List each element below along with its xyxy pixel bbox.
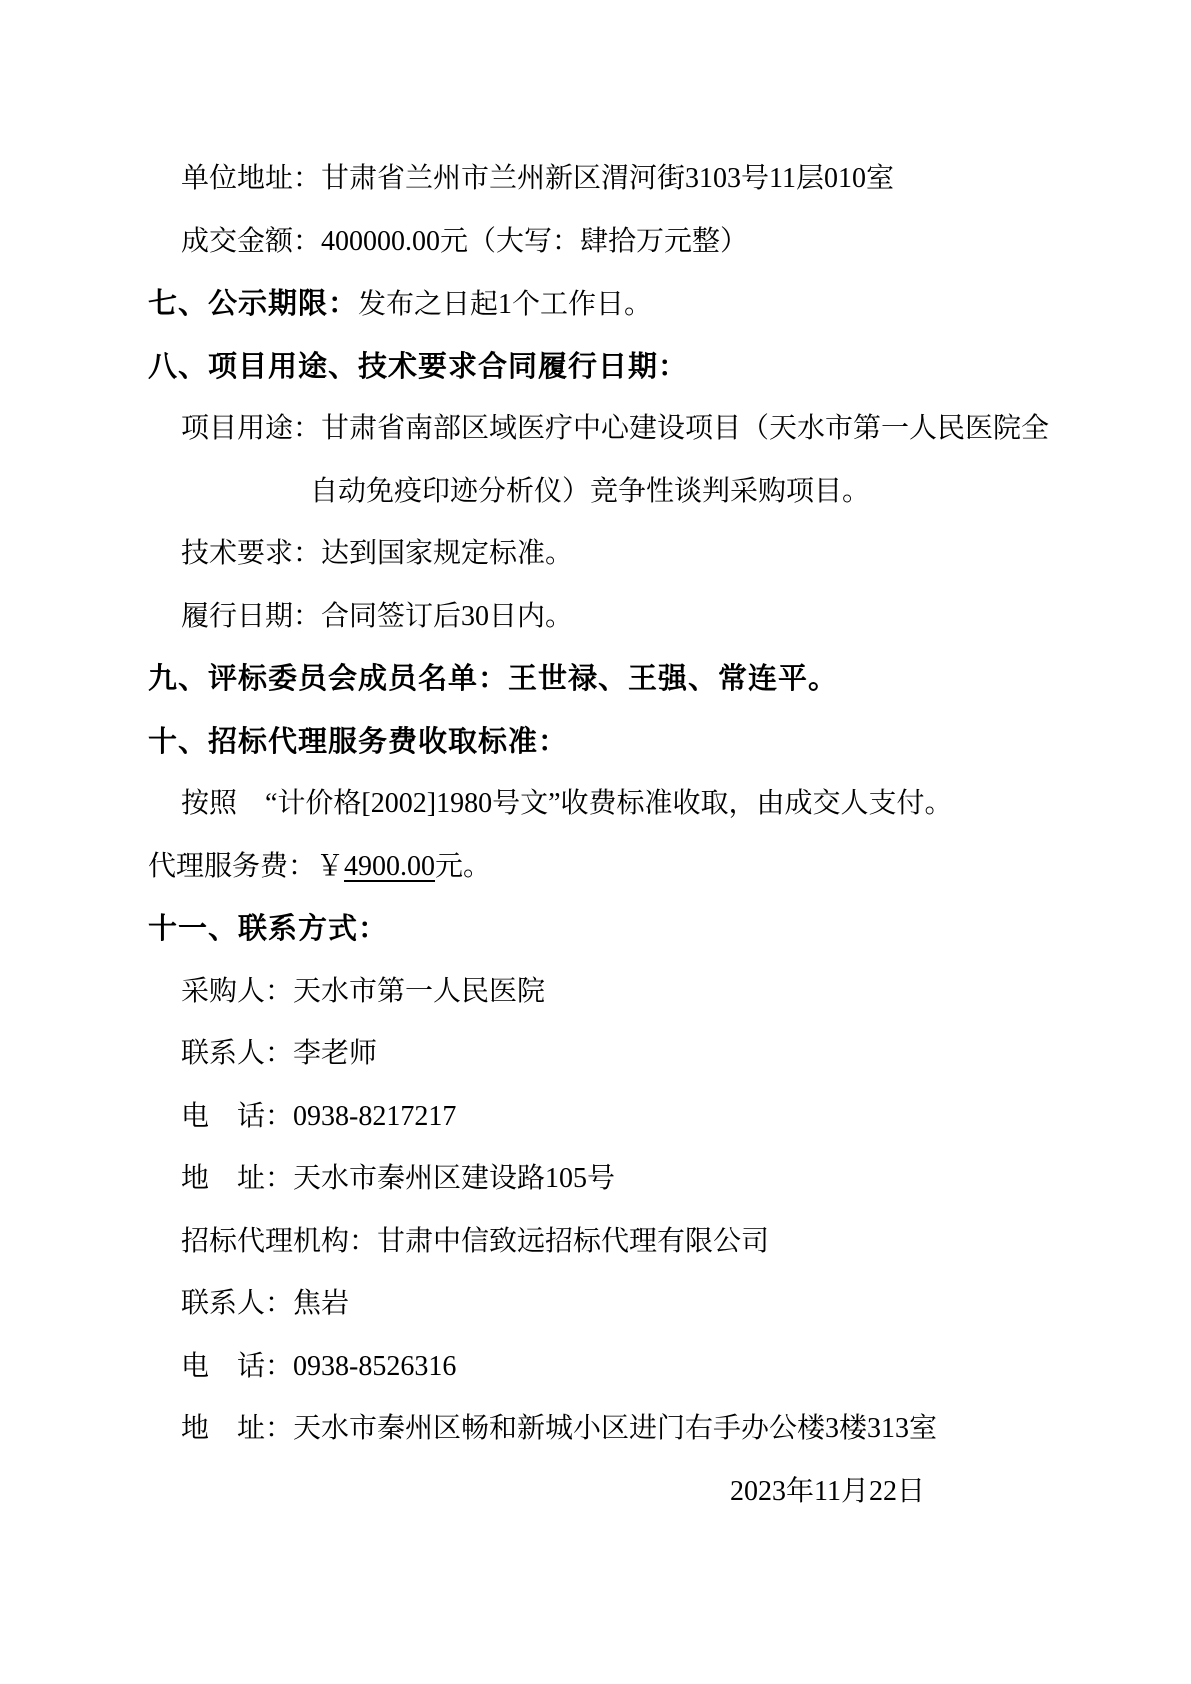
line-section-7-publicity-period: 七、公示期限：发布之日起1个工作日。 (0, 273, 1191, 336)
agency-phone-text-0: 电 话：0938-8526316 (181, 1351, 456, 1382)
section-7-publicity-period-text-0: 七、公示期限： (148, 288, 358, 320)
unit-address-text-0: 单位地址：甘肃省兰州市兰州新区渭河街3103号11层010室 (181, 163, 894, 194)
document-page: 单位地址：甘肃省兰州市兰州新区渭河街3103号11层010室成交金额：40000… (0, 0, 1191, 1684)
section-10-heading-text-0: 十、招标代理服务费收取标准： (148, 726, 568, 758)
agency-service-fee-text-0: 代理服务费：￥ (148, 851, 344, 882)
section-9-committee-members-text-0: 九、评标委员会成员名单：王世禄、王强、常连平。 (148, 663, 838, 695)
line-fee-standard: 按照 “计价格[2002]1980号文”收费标准收取，由成交人支付。 (0, 773, 1191, 836)
line-section-11-heading: 十一、联系方式： (0, 898, 1191, 961)
line-announcement-date: 2023年11月22日 (0, 1461, 1191, 1524)
line-agency-address: 地 址：天水市秦州区畅和新城小区进门右手办公楼3楼313室 (0, 1398, 1191, 1461)
line-agency-service-fee: 代理服务费：￥4900.00元。 (0, 836, 1191, 899)
line-unit-address: 单位地址：甘肃省兰州市兰州新区渭河街3103号11层010室 (0, 148, 1191, 211)
purchaser-address-text-0: 地 址：天水市秦州区建设路105号 (181, 1163, 615, 1194)
line-section-8-heading: 八、项目用途、技术要求合同履行日期： (0, 336, 1191, 399)
performance-date-text-0: 履行日期：合同签订后30日内。 (181, 601, 573, 632)
technical-requirement-text-0: 技术要求：达到国家规定标准。 (181, 538, 573, 569)
announcement-date-text-0: 2023年11月22日 (730, 1476, 925, 1507)
line-purchaser-address: 地 址：天水市秦州区建设路105号 (0, 1148, 1191, 1211)
project-purpose-line-2-text-0: 自动免疫印迹分析仪）竞争性谈判采购项目。 (310, 476, 870, 507)
purchaser-phone-text-0: 电 话：0938-8217217 (181, 1101, 456, 1132)
project-purpose-line-1-text-0: 项目用途：甘肃省南部区域医疗中心建设项目（天水市第一人民医院全 (181, 413, 1049, 444)
fee-standard-text-0: 按照 “计价格[2002]1980号文”收费标准收取，由成交人支付。 (181, 788, 953, 819)
deal-amount-text-0: 成交金额：400000.00元（大写：肆拾万元整） (181, 226, 748, 257)
line-agency-phone: 电 话：0938-8526316 (0, 1336, 1191, 1399)
line-purchaser-contact: 联系人：李老师 (0, 1023, 1191, 1086)
agency-name-text-0: 招标代理机构：甘肃中信致远招标代理有限公司 (181, 1226, 769, 1257)
line-performance-date: 履行日期：合同签订后30日内。 (0, 586, 1191, 649)
line-agency-name: 招标代理机构：甘肃中信致远招标代理有限公司 (0, 1211, 1191, 1274)
purchaser-contact-text-0: 联系人：李老师 (181, 1038, 377, 1069)
agency-service-fee-text-2: 元。 (435, 851, 491, 882)
line-project-purpose-line-1: 项目用途：甘肃省南部区域医疗中心建设项目（天水市第一人民医院全 (0, 398, 1191, 461)
agency-service-fee-text-1: 4900.00 (344, 851, 435, 882)
line-technical-requirement: 技术要求：达到国家规定标准。 (0, 523, 1191, 586)
purchaser-text-0: 采购人：天水市第一人民医院 (181, 976, 545, 1007)
section-11-heading-text-0: 十一、联系方式： (148, 913, 388, 945)
line-purchaser: 采购人：天水市第一人民医院 (0, 961, 1191, 1024)
line-agency-contact: 联系人：焦岩 (0, 1273, 1191, 1336)
document-content: 单位地址：甘肃省兰州市兰州新区渭河街3103号11层010室成交金额：40000… (0, 148, 1191, 1523)
agency-address-text-0: 地 址：天水市秦州区畅和新城小区进门右手办公楼3楼313室 (181, 1413, 937, 1444)
line-project-purpose-line-2: 自动免疫印迹分析仪）竞争性谈判采购项目。 (0, 461, 1191, 524)
section-7-publicity-period-text-1: 发布之日起1个工作日。 (358, 289, 652, 320)
line-section-10-heading: 十、招标代理服务费收取标准： (0, 711, 1191, 774)
line-purchaser-phone: 电 话：0938-8217217 (0, 1086, 1191, 1149)
section-8-heading-text-0: 八、项目用途、技术要求合同履行日期： (148, 351, 688, 383)
line-section-9-committee-members: 九、评标委员会成员名单：王世禄、王强、常连平。 (0, 648, 1191, 711)
line-deal-amount: 成交金额：400000.00元（大写：肆拾万元整） (0, 211, 1191, 274)
agency-contact-text-0: 联系人：焦岩 (181, 1288, 349, 1319)
